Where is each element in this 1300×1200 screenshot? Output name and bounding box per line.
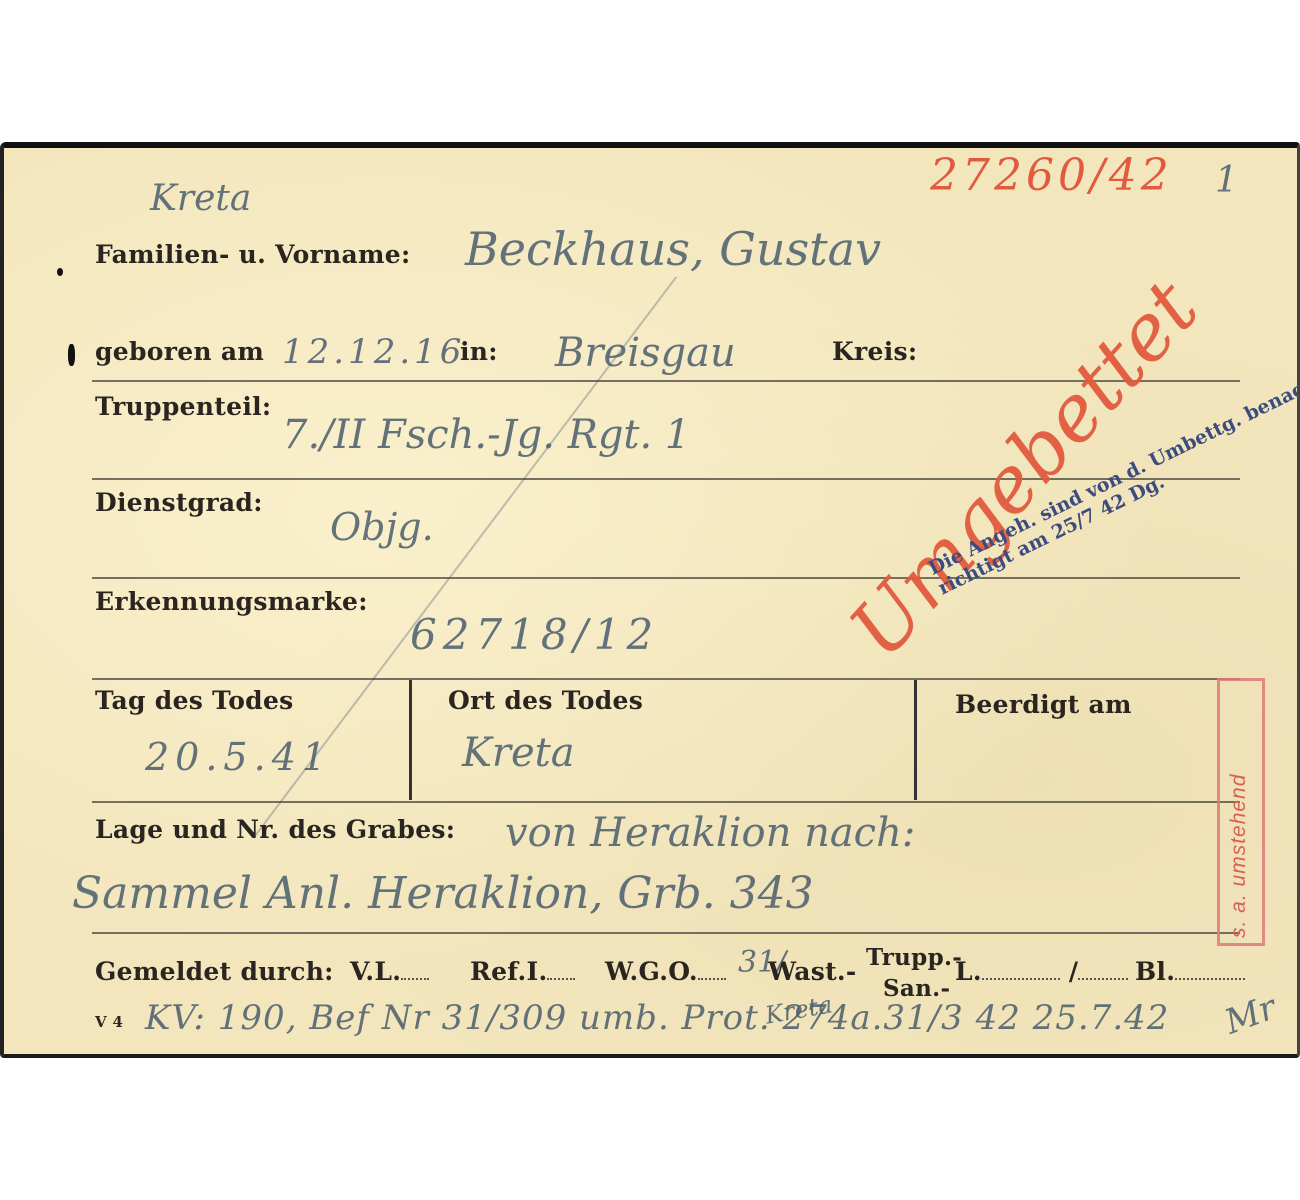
vl-label: V.L. bbox=[350, 957, 401, 986]
id-tag-label: Erkennungsmarke: bbox=[95, 587, 368, 616]
ref-dots bbox=[547, 978, 575, 980]
id-tag-value[interactable]: 62718/12 bbox=[410, 610, 659, 659]
born-in-value[interactable]: Breisgau bbox=[555, 330, 736, 376]
bl-label: Bl. bbox=[1135, 957, 1175, 986]
name-value[interactable]: Beckhaus, Gustav bbox=[465, 222, 881, 276]
wgo-dots bbox=[698, 978, 726, 980]
red-reference-number: 27260/42 bbox=[930, 150, 1173, 201]
reported-by-label: Gemeldet durch: bbox=[95, 957, 334, 986]
trupp-label: Trupp.- bbox=[866, 944, 962, 971]
footer-note: KV: 190, Bef Nr 31/309 umb. Prot. 274a.3… bbox=[145, 998, 1169, 1038]
buried-on-label: Beerdigt am bbox=[955, 690, 1132, 719]
wgo-field[interactable]: W.G.O. bbox=[605, 957, 726, 986]
born-on-label: geboren am bbox=[95, 337, 264, 366]
l-label: L. bbox=[955, 957, 982, 986]
district-label: Kreis: bbox=[832, 337, 917, 366]
death-place-label: Ort des Todes bbox=[448, 686, 643, 715]
wgo-label: W.G.O. bbox=[605, 957, 698, 986]
row-divider bbox=[92, 678, 1240, 680]
slash-separator: / bbox=[1069, 957, 1078, 986]
vl-field[interactable]: V.L. bbox=[350, 957, 429, 986]
rank-value[interactable]: Objg. bbox=[330, 505, 434, 549]
death-place-value[interactable]: Kreta bbox=[462, 730, 575, 776]
bl-dots bbox=[1175, 978, 1245, 980]
unit-label: Truppenteil: bbox=[95, 392, 271, 421]
ref-label: Ref.I. bbox=[470, 957, 547, 986]
grave-value-line2[interactable]: Sammel Anl. Heraklion, Grb. 343 bbox=[72, 868, 814, 919]
column-divider bbox=[409, 680, 412, 800]
row-divider bbox=[92, 801, 1240, 803]
ref-field[interactable]: Ref.I. bbox=[470, 957, 575, 986]
death-date-value[interactable]: 20.5.41 bbox=[145, 735, 332, 779]
column-divider bbox=[914, 680, 917, 800]
grave-value-line1[interactable]: von Heraklion nach: bbox=[505, 810, 915, 856]
bl-field[interactable]: Bl. bbox=[1135, 957, 1245, 986]
wast-label: Wast.- bbox=[768, 957, 857, 986]
form-code: V 4 bbox=[95, 1013, 123, 1031]
unit-value[interactable]: 7./II Fsch.-Jg. Rgt. 1 bbox=[282, 412, 690, 458]
born-in-label: in: bbox=[460, 337, 498, 366]
punch-mark bbox=[68, 344, 75, 366]
vl-dots bbox=[401, 978, 429, 980]
reference-suffix: 1 bbox=[1215, 160, 1238, 201]
top-place-handwritten: Kreta bbox=[150, 178, 251, 219]
rank-label: Dienstgrad: bbox=[95, 488, 263, 517]
grave-label: Lage und Nr. des Grabes: bbox=[95, 815, 455, 844]
slash-dots bbox=[1078, 978, 1128, 980]
see-reverse-stamp-text: s. a. umstehend bbox=[1227, 774, 1251, 938]
death-date-label: Tag des Todes bbox=[95, 686, 294, 715]
punch-mark bbox=[57, 268, 63, 276]
l-field[interactable]: L. / bbox=[955, 957, 1128, 986]
name-label: Familien- u. Vorname: bbox=[95, 240, 410, 269]
row-divider bbox=[92, 577, 1240, 579]
l-dots bbox=[982, 978, 1060, 980]
row-divider bbox=[92, 932, 1240, 934]
born-on-value[interactable]: 12.12.16 bbox=[282, 332, 465, 372]
